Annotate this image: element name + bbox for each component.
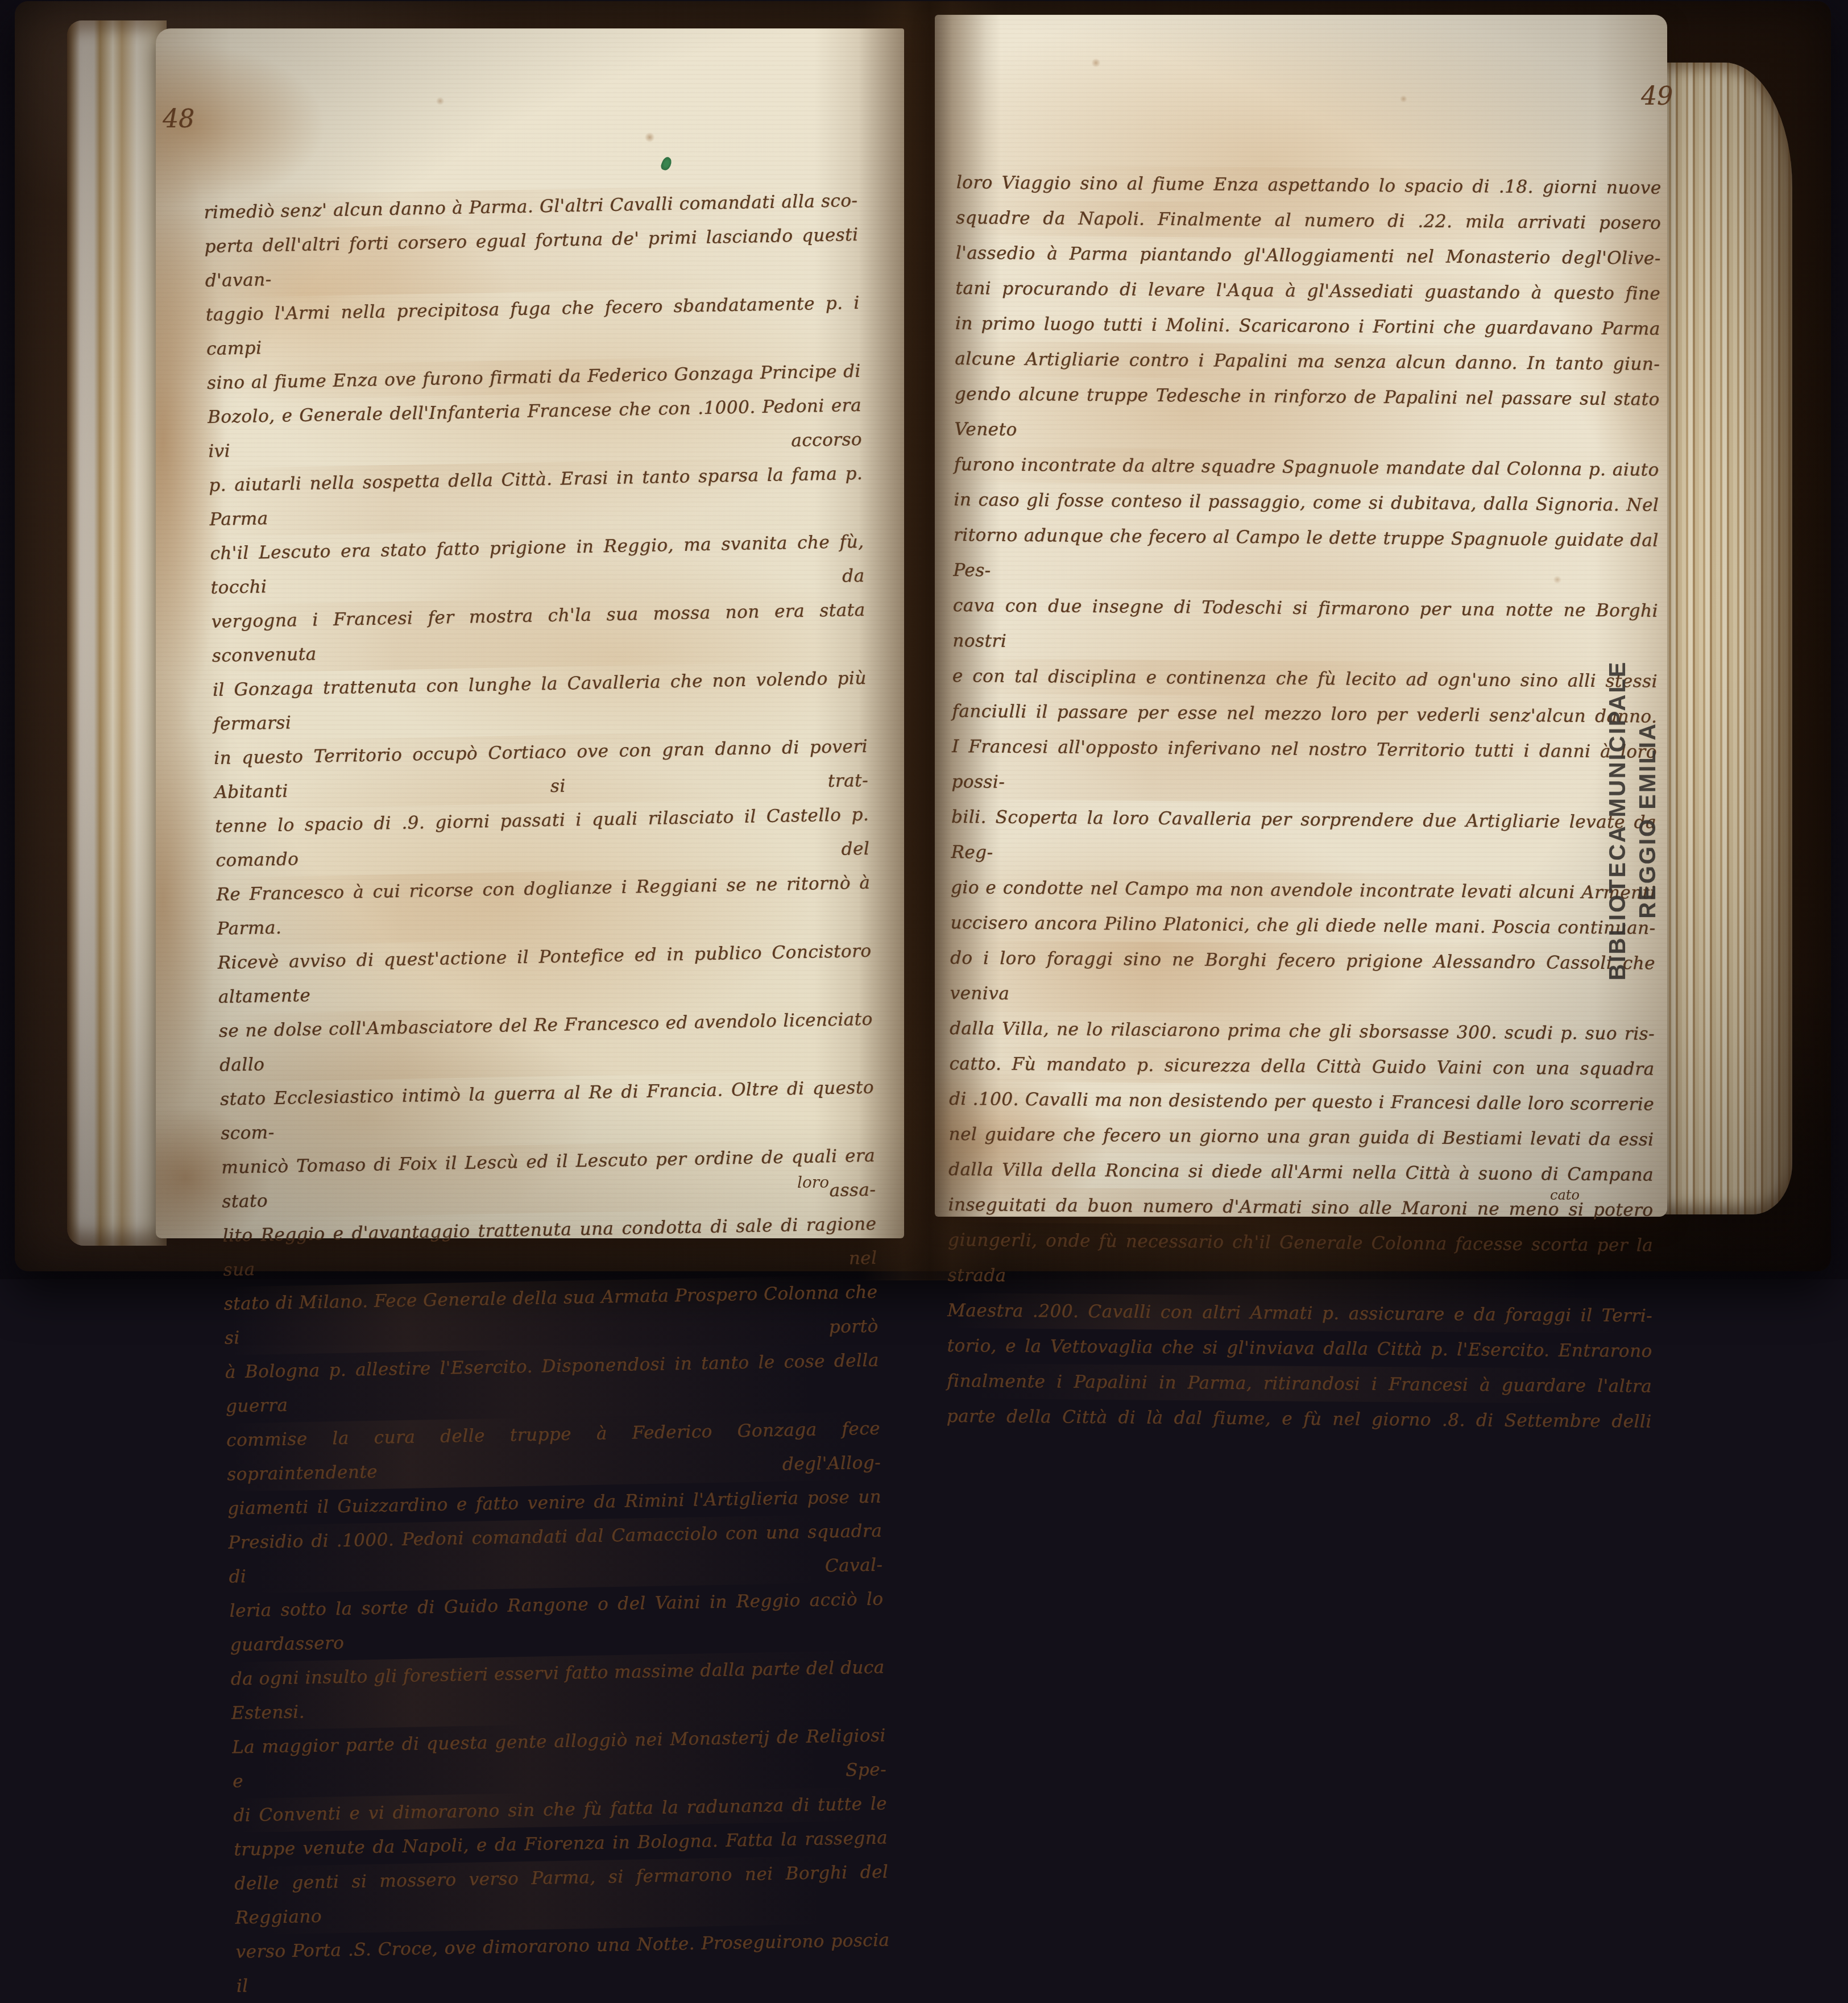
manuscript-line: Re Francesco à cui ricorse con doglianze… (216, 866, 871, 946)
manuscript-line: in primo luogo tutti i Molini. Scaricaro… (955, 306, 1660, 347)
manuscript-line: ch'il Lescuto era stato fatto prigione i… (210, 525, 865, 605)
manuscript-line: tenne lo spacio di .9. giorni passati i … (215, 798, 870, 878)
right-page-edges (1648, 63, 1792, 1214)
page-number-right: 49 (1641, 84, 1673, 109)
manuscript-book: 48 rimediò senz' alcun danno à Parma. Gl… (15, 1, 1831, 1271)
manuscript-line: I Francesi all'opposto inferivano nel no… (951, 729, 1657, 805)
manuscript-line: loro Viaggio sino al fiume Enza aspettan… (956, 165, 1661, 206)
manuscript-line: squadre da Napoli. Finalmente al numero … (956, 200, 1661, 241)
page-number-left: 48 (163, 107, 194, 132)
manuscript-photograph: 48 rimediò senz' alcun danno à Parma. Gl… (0, 0, 1848, 1279)
page-48-text: rimediò senz' alcun danno à Parma. Gl'al… (204, 184, 890, 1279)
manuscript-line: p. aiutarli nella sospetta della Città. … (209, 457, 864, 537)
library-stamp: BIBLIOTECA MUNICIPALE REGGIO EMILIA (1603, 650, 1665, 991)
manuscript-line: do i loro foraggi sino ne Borghi fecero … (950, 940, 1655, 1017)
stamp-line1: BIBLIOTECA MUNICIPALE (1603, 650, 1633, 991)
manuscript-line: di .100. Cavalli ma non desistendo per q… (949, 1081, 1654, 1122)
manuscript-line: in questo Territorio occupò Cortiaco ove… (214, 729, 869, 810)
manuscript-line: gendo alcune truppe Tedesche in rinforzo… (954, 376, 1660, 453)
manuscript-line: fanciulli il passare per esse nel mezzo … (952, 694, 1657, 735)
green-ink-speck (660, 156, 673, 172)
manuscript-line: Bozolo, e Generale dell'Infanteria Franc… (208, 388, 863, 468)
manuscript-line: bili. Scoperta la loro Cavalleria per so… (951, 799, 1656, 876)
catchword-left: loro (797, 1175, 829, 1191)
manuscript-line: uccisero ancora Pilino Platonici, che gl… (950, 905, 1655, 946)
page-48: 48 rimediò senz' alcun danno à Parma. Gl… (156, 28, 904, 1238)
manuscript-line: l'assedio à Parma piantando gl'Alloggiam… (956, 235, 1661, 276)
manuscript-line: inseguitati da buon numero d'Armati sino… (948, 1187, 1653, 1228)
manuscript-line: stato Ecclesiastico intimò la guerra al … (220, 1071, 875, 1151)
manuscript-line: se ne dolse coll'Ambasciatore del Re Fra… (218, 1002, 873, 1083)
manuscript-line: in caso gli fosse conteso il passaggio, … (954, 482, 1659, 523)
manuscript-line: alcune Artigliarie contro i Papalini ma … (955, 341, 1660, 382)
manuscript-line: catto. Fù mandato p. sicurezza della Cit… (949, 1046, 1654, 1087)
manuscript-line: dalla Villa, ne lo rilasciarono prima ch… (950, 1011, 1655, 1052)
manuscript-line: perta dell'altri forti corsero egual for… (204, 218, 859, 298)
manuscript-line: municò Tomaso di Foix il Lescù ed il Les… (221, 1139, 876, 1219)
manuscript-line: il Gonzaga trattenuta con lunghe la Cava… (212, 661, 867, 741)
manuscript-line: tani procurando di levare l'Aqua à gl'As… (955, 271, 1660, 312)
manuscript-line: giungerli, onde fù necessario ch'il Gene… (947, 1222, 1653, 1279)
manuscript-line: furono incontrate da altre squadre Spagn… (954, 447, 1659, 488)
manuscript-line: e con tal disciplina e continenza che fù… (952, 658, 1658, 699)
catchword-right: cato (1550, 1187, 1580, 1203)
manuscript-line: taggio l'Armi nella precipitosa fuga che… (205, 286, 860, 366)
page-49: 49 loro Viaggio sino al fiume Enza aspet… (935, 15, 1667, 1217)
page-49-text: loro Viaggio sino al fiume Enza aspettan… (946, 165, 1661, 1279)
manuscript-line: nel guidare che fecero un giorno una gra… (948, 1117, 1654, 1158)
manuscript-line: lito Reggio e d'avantaggio trattenuta un… (222, 1207, 877, 1279)
manuscript-line: ritorno adunque che fecero al Campo le d… (953, 517, 1659, 594)
manuscript-line: Ricevè avviso di quest'actione il Pontef… (217, 934, 872, 1014)
left-page-edges (67, 20, 167, 1246)
manuscript-line: dalla Villa della Roncina si diede all'A… (948, 1152, 1654, 1193)
manuscript-line: gio e condotte nel Campo ma non avendole… (951, 870, 1656, 911)
manuscript-line: vergogna i Francesi fer mostra ch'la sua… (211, 593, 866, 673)
stamp-line2: REGGIO EMILIA (1633, 650, 1663, 991)
manuscript-line: cava con due insegne di Todeschi si firm… (952, 588, 1658, 664)
